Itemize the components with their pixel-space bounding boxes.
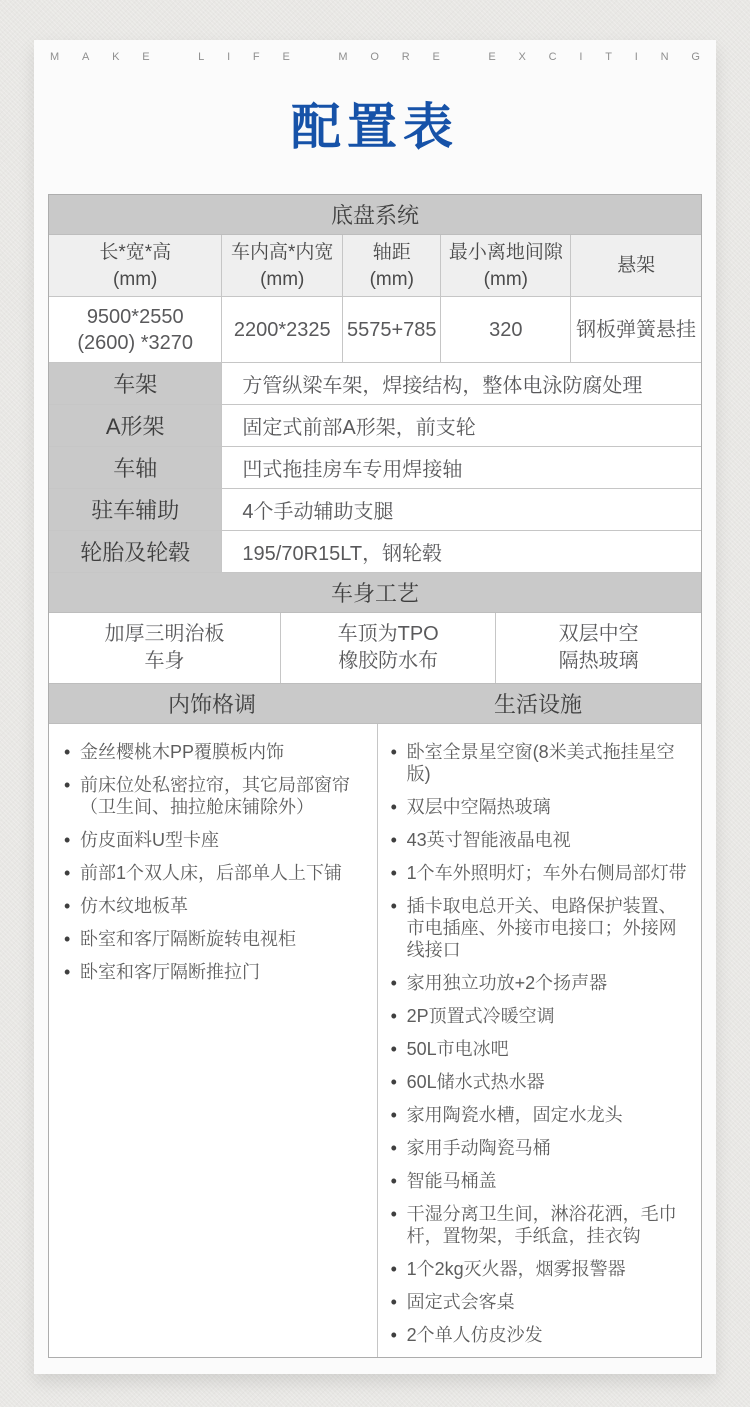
list-item: 卧室全景星空窗(8米美式拖挂星空版) xyxy=(390,741,693,785)
living-feature-list: 卧室全景星空窗(8米美式拖挂星空版) 双层中空隔热玻璃 43英寸智能液晶电视 1… xyxy=(390,741,693,1346)
list-item: 家用独立功放+2个扬声器 xyxy=(390,972,693,994)
table-cell: 2200*2325 xyxy=(222,297,343,362)
list-item: 60L储水式热水器 xyxy=(390,1071,693,1093)
list-item: 卧室和客厅隔断旋转电视柜 xyxy=(63,928,369,950)
interior-list-column: 金丝樱桃木PP覆膜板内饰 前床位处私密拉帘，其它局部窗帘（卫生间、抽拉舱床铺除外… xyxy=(49,724,378,1357)
table-cell: 钢板弹簧悬挂 xyxy=(571,297,701,362)
column-header: 长*宽*高 (mm) xyxy=(49,235,222,296)
feature-lists: 金丝樱桃木PP覆膜板内饰 前床位处私密拉帘，其它局部窗帘（卫生间、抽拉舱床铺除外… xyxy=(49,724,701,1357)
chassis-header-row: 长*宽*高 (mm) 车内高*内宽 (mm) 轴距 (mm) 最小离地间隙 (m… xyxy=(49,235,701,297)
table-row: A形架 固定式前部A形架，前支轮 xyxy=(49,405,701,447)
list-item: 43英寸智能液晶电视 xyxy=(390,829,693,851)
column-header: 悬架 xyxy=(571,235,701,296)
row-label: A形架 xyxy=(49,405,222,446)
list-item: 仿木纹地板革 xyxy=(63,895,369,917)
table-cell: 双层中空 隔热玻璃 xyxy=(496,613,701,683)
table-cell: 5575+785 xyxy=(343,297,441,362)
list-item: 卧室和客厅隔断推拉门 xyxy=(63,961,369,983)
dual-section-header: 内饰格调 生活设施 xyxy=(49,684,701,724)
body-craft-row: 加厚三明治板 车身 车顶为TPO 橡胶防水布 双层中空 隔热玻璃 xyxy=(49,613,701,684)
row-value: 固定式前部A形架，前支轮 xyxy=(222,405,701,446)
list-item: 仿皮面料U型卡座 xyxy=(63,829,369,851)
row-label: 驻车辅助 xyxy=(49,489,222,530)
section-header-body-craft: 车身工艺 xyxy=(49,573,701,613)
list-item: 金丝樱桃木PP覆膜板内饰 xyxy=(63,741,369,763)
list-item: 1个车外照明灯；车外右侧局部灯带 xyxy=(390,862,693,884)
list-item: 前床位处私密拉帘，其它局部窗帘（卫生间、抽拉舱床铺除外） xyxy=(63,774,369,818)
column-header: 最小离地间隙 (mm) xyxy=(441,235,571,296)
brand-tagline: MAKE LIFE MORE EXCITING xyxy=(48,48,702,66)
list-item: 家用陶瓷水槽，固定水龙头 xyxy=(390,1104,693,1126)
row-label: 车架 xyxy=(49,363,222,404)
table-cell: 9500*2550 (2600) *3270 xyxy=(49,297,222,362)
list-item: 固定式会客桌 xyxy=(390,1291,693,1313)
table-cell: 加厚三明治板 车身 xyxy=(49,613,281,683)
section-header-living: 生活设施 xyxy=(375,684,701,723)
table-row: 轮胎及轮毂 195/70R15LT，钢轮毂 xyxy=(49,531,701,573)
table-cell: 车顶为TPO 橡胶防水布 xyxy=(281,613,496,683)
column-header: 轴距 (mm) xyxy=(343,235,441,296)
list-item: 双层中空隔热玻璃 xyxy=(390,796,693,818)
list-item: 2P顶置式冷暖空调 xyxy=(390,1005,693,1027)
table-row: 车轴 凹式拖挂房车专用焊接轴 xyxy=(49,447,701,489)
spec-sheet-card: MAKE LIFE MORE EXCITING 配置表 底盘系统 长*宽*高 (… xyxy=(34,40,716,1374)
living-list-column: 卧室全景星空窗(8米美式拖挂星空版) 双层中空隔热玻璃 43英寸智能液晶电视 1… xyxy=(378,724,701,1357)
list-item: 插卡取电总开关、电路保护装置、市电插座、外接市电接口；外接网线接口 xyxy=(390,895,693,961)
list-item: 1个2kg灭火器，烟雾报警器 xyxy=(390,1258,693,1280)
row-value: 凹式拖挂房车专用焊接轴 xyxy=(222,447,701,488)
column-header: 车内高*内宽 (mm) xyxy=(222,235,343,296)
table-cell: 320 xyxy=(441,297,571,362)
list-item: 智能马桶盖 xyxy=(390,1170,693,1192)
list-item: 2个单人仿皮沙发 xyxy=(390,1324,693,1346)
row-label: 车轴 xyxy=(49,447,222,488)
row-value: 方管纵梁车架，焊接结构，整体电泳防腐处理 xyxy=(222,363,701,404)
list-item: 50L市电冰吧 xyxy=(390,1038,693,1060)
table-row: 车架 方管纵梁车架，焊接结构，整体电泳防腐处理 xyxy=(49,363,701,405)
chassis-value-row: 9500*2550 (2600) *3270 2200*2325 5575+78… xyxy=(49,297,701,363)
interior-feature-list: 金丝樱桃木PP覆膜板内饰 前床位处私密拉帘，其它局部窗帘（卫生间、抽拉舱床铺除外… xyxy=(63,741,369,983)
row-value: 4个手动辅助支腿 xyxy=(222,489,701,530)
page-title: 配置表 xyxy=(48,96,702,158)
section-header-interior: 内饰格调 xyxy=(49,684,375,723)
row-value: 195/70R15LT，钢轮毂 xyxy=(222,531,701,572)
spec-table: 底盘系统 长*宽*高 (mm) 车内高*内宽 (mm) 轴距 (mm) 最小离地… xyxy=(48,194,702,1358)
table-row: 驻车辅助 4个手动辅助支腿 xyxy=(49,489,701,531)
list-item: 干湿分离卫生间，淋浴花洒，毛巾杆，置物架，手纸盒，挂衣钩 xyxy=(390,1203,693,1247)
row-label: 轮胎及轮毂 xyxy=(49,531,222,572)
list-item: 前部1个双人床，后部单人上下铺 xyxy=(63,862,369,884)
list-item: 家用手动陶瓷马桶 xyxy=(390,1137,693,1159)
section-header-chassis: 底盘系统 xyxy=(49,195,701,235)
